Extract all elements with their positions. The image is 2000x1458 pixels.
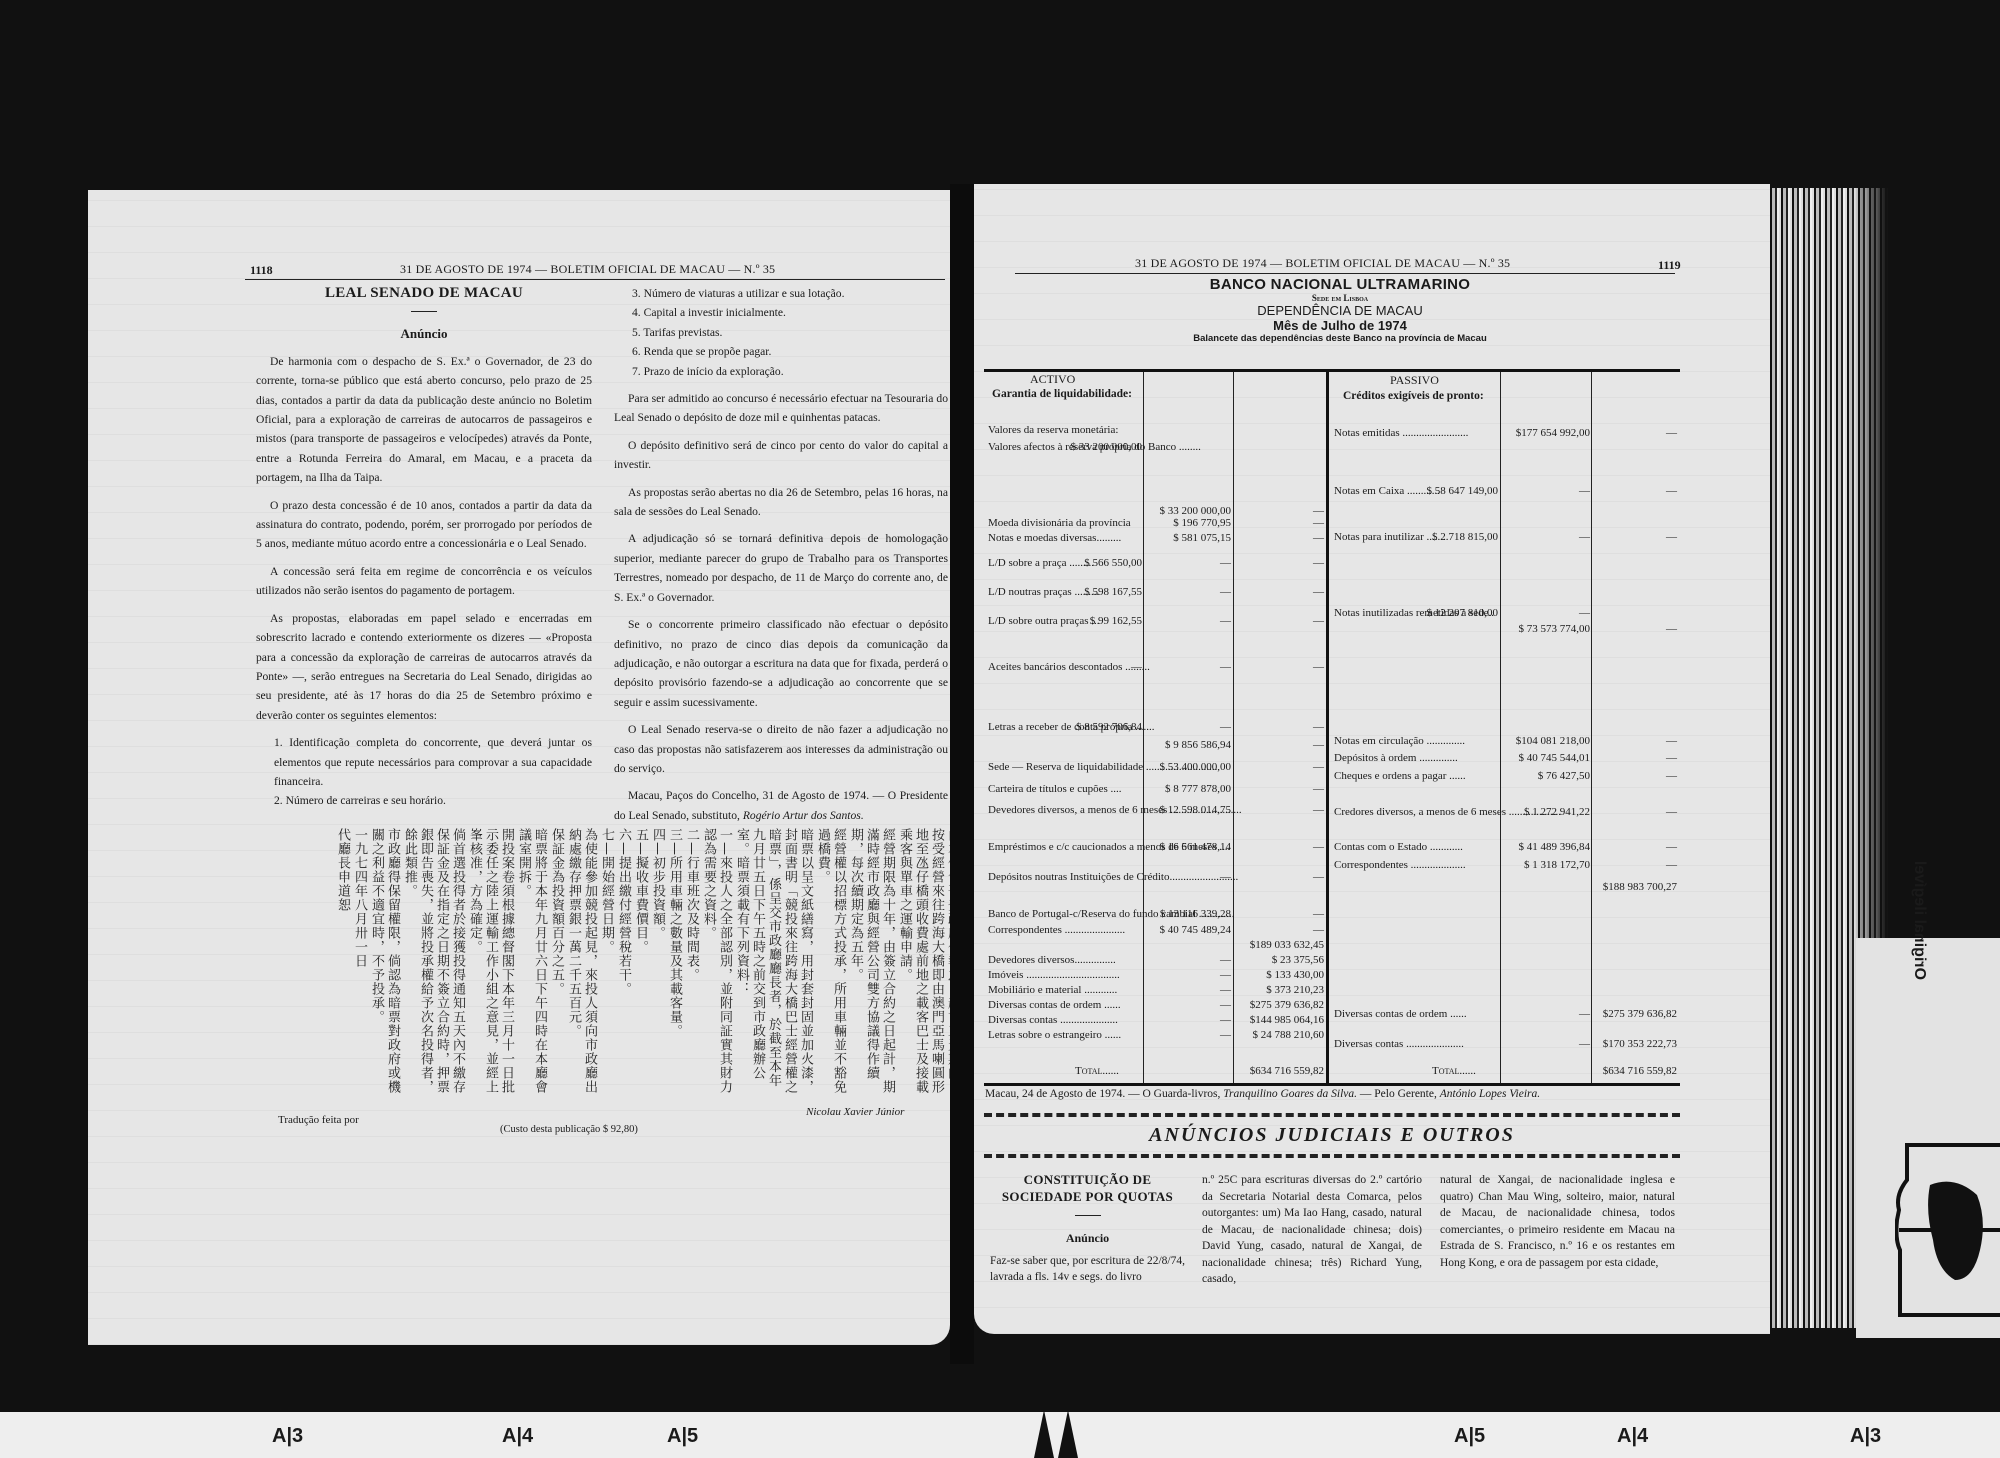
film-mark: A|3 (1850, 1425, 1881, 1448)
film-mark: A|4 (502, 1425, 533, 1448)
row-total: $ 373 210,23 (1236, 983, 1324, 997)
row-total: — (1236, 840, 1324, 854)
row-amount: — (1145, 983, 1231, 997)
row-label: Correspondentes ...................... (988, 923, 1125, 937)
row-subamount: $ 8 592 706,84 (1060, 720, 1142, 734)
paragraph: O Leal Senado reserva-se o direito de nã… (614, 720, 948, 778)
row-amount: — (1502, 606, 1590, 620)
row-amount: $104 081 218,00 (1502, 734, 1590, 748)
paragraph: O prazo desta concessão é de 10 anos, co… (256, 496, 592, 554)
row-amount: — (1145, 614, 1231, 628)
bank-seat: Sede em Lisboa (1000, 293, 1680, 303)
manager-name: António Lopes Vieira. (1440, 1088, 1540, 1100)
chinese-paragraph: 暗票將于本年九月廿六日下午四時在本廳會議室開拆。 (515, 828, 547, 1098)
row-total: — (1593, 858, 1677, 872)
row-amount: $ 1 318 172,70 (1502, 858, 1590, 872)
row-total: $ 23 375,56 (1236, 953, 1324, 967)
chinese-paragraph: 暗票以呈文紙繕寫，用封套封固並加火漆，封面書明「競投來往跨海大橋巴士經營權之暗票… (733, 828, 813, 1098)
chinese-paragraph: 一—來投人之全部認別，並附同証實其財力認為需要之資料。 (700, 828, 732, 1098)
title-rule (1075, 1215, 1101, 1216)
activo-group: Garantia de liquidabilidade: (992, 387, 1142, 401)
constituicao-column-2: n.º 25C para escrituras diversas do 2.º … (1202, 1172, 1422, 1288)
list-item: 2. Número de carreiras e seu horário. (274, 791, 592, 810)
constituicao-column-1: CONSTITUIÇÃO DE SOCIEDADE POR QUOTAS Anú… (990, 1172, 1185, 1286)
row-label: Contas com o Estado ............ (1334, 840, 1463, 854)
row-total: — (1593, 530, 1677, 544)
row-total: — (1236, 803, 1324, 817)
translator-name: Nicolau Xavier Júnior (806, 1106, 904, 1118)
signature-paragraph: Macau, Paços do Concelho, 31 de Agosto d… (614, 786, 948, 825)
row-label: Imóveis ................................… (988, 968, 1120, 982)
row-amount: — (1145, 968, 1231, 982)
film-mark: A|4 (1617, 1425, 1648, 1448)
row-amount: — (1145, 1013, 1231, 1027)
chinese-signature: 代廳長申道恕 (334, 828, 350, 1098)
paragraph: O depósito definitivo será de cinco por … (614, 436, 948, 475)
table-bottom-rule (984, 1083, 1680, 1086)
row-amount: $ 16 561 478,14 (1145, 840, 1231, 854)
row-label: Diversas contas ..................... (1334, 1037, 1464, 1051)
row-subamount: $ 58 647 149,00 (1400, 484, 1498, 498)
row-total: — (1593, 426, 1677, 440)
judicial-heading: ANÚNCIOS JUDICIAIS E OUTROS (984, 1124, 1680, 1147)
chinese-paragraph: 經營期限為十年，由簽立合約之日起計，期滿時經市政廳與經營公司雙方協議得作續期，每… (847, 828, 895, 1098)
row-label: Depósitos à ordem .............. (1334, 751, 1458, 765)
row-total: — (1593, 769, 1677, 783)
row-total: — (1236, 782, 1324, 796)
row-total: $144 985 064,16 (1236, 1013, 1324, 1027)
chinese-translation: 由本佈告刊登政府公報之日起廿五天期內，按受經營來往跨海大橋即由澳門亞馬喇圓形地至… (260, 828, 960, 1098)
publication-cost: (Custo desta publicação $ 92,80) (500, 1124, 638, 1135)
row-subamount: $ 2 718 815,00 (1400, 530, 1498, 544)
row-amount: $ 9 856 586,94 (1145, 738, 1231, 752)
signature-name: Rogério Artur dos Santos. (743, 809, 864, 822)
elements-list: 1. Identificação completa do concorrente… (256, 733, 592, 811)
activo-total: $634 716 559,82 (1236, 1064, 1324, 1078)
chinese-paragraph: 六—提出繳付經營稅若干。 (615, 828, 631, 1098)
row-total: $ 24 788 210,60 (1236, 1028, 1324, 1042)
row-label: Mobiliário e material ............ (988, 983, 1117, 997)
row-amount: — (1502, 530, 1590, 544)
row-amount: — (1145, 953, 1231, 967)
activo-passivo-divider (1326, 372, 1329, 1083)
row-total: — (1236, 614, 1324, 628)
row-label: Devedores diversos............... (988, 953, 1116, 967)
row-label: Diversas contas ..................... (988, 1013, 1118, 1027)
row-amount: $ 1 272 941,22 (1502, 805, 1590, 819)
row-subamount: $ 566 550,00 (1060, 556, 1142, 570)
row-total: — (1593, 751, 1677, 765)
row-total: — (1593, 484, 1677, 498)
row-label: Moeda divisionária da província (988, 516, 1131, 530)
row-amount: $177 654 992,00 (1502, 426, 1590, 440)
column-divider (1233, 372, 1234, 1083)
elements-list-continued: 3. Número de viaturas a utilizar e sua l… (614, 284, 948, 381)
row-total: $275 379 636,82 (1236, 998, 1324, 1012)
paragraph: As propostas serão abertas no dia 26 de … (614, 483, 948, 522)
row-amount: $ 73 573 774,00 (1502, 622, 1590, 636)
row-total: $170 353 222,73 (1593, 1037, 1677, 1051)
row-amount: — (1145, 556, 1231, 570)
row-total: $275 379 636,82 (1593, 1007, 1677, 1021)
row-total: — (1593, 622, 1677, 636)
constituicao-text: Faz-se saber que, por escritura de 22/8/… (990, 1253, 1185, 1286)
passivo-group: Créditos exigíveis de pronto: (1343, 389, 1493, 403)
row-label: Cheques e ordens a pagar ...... (1334, 769, 1466, 783)
film-notch (1034, 1410, 1054, 1458)
passivo-header: PASSIVO (1390, 373, 1439, 387)
row-label: Notas em circulação .............. (1334, 734, 1465, 748)
film-mark: A|5 (1454, 1425, 1485, 1448)
paragraph: As propostas, elaboradas em papel selado… (256, 609, 592, 725)
list-item: 1. Identificação completa do concorrente… (274, 733, 592, 791)
row-total: $189 033 632,45 (1236, 938, 1324, 952)
announcement-subtitle: Anúncio (256, 324, 592, 343)
left-column-2: 3. Número de viaturas a utilizar e sua l… (614, 284, 948, 833)
chinese-paragraph: 經營權以招標方式投承，所用車輛並不豁免過橋費。 (814, 828, 846, 1098)
table-top-rule (984, 369, 1680, 372)
row-total: — (1236, 516, 1324, 530)
row-label: Notas emitidas ........................ (1334, 426, 1468, 440)
section-title: LEAL SENADO DE MACAU (256, 284, 592, 303)
row-label: Letras sobre o estrangeiro ...... (988, 1028, 1121, 1042)
activo-total-label: Total...... (1075, 1064, 1119, 1078)
row-total: $188 983 700,27 (1593, 880, 1677, 894)
row-subamount: $ 12 207 810,00 (1400, 606, 1498, 620)
row-amount: — (1145, 1028, 1231, 1042)
bank-name: BANCO NACIONAL ULTRAMARINO (1000, 276, 1680, 293)
chinese-paragraph: 市政廳得保留權限，倘認為暗票對政府或機關之利益不適宜時，不予投承。 (368, 828, 400, 1098)
column-divider (1591, 372, 1592, 1083)
row-subamount: $ 33 200 000,00 (1060, 440, 1142, 454)
row-total: — (1236, 870, 1324, 884)
activo-header: ACTIVO (1030, 372, 1075, 386)
film-notch (1058, 1410, 1078, 1458)
title-rule (411, 311, 437, 312)
row-amount: $ 8 777 878,00 (1145, 782, 1231, 796)
row-total: — (1593, 734, 1677, 748)
header-rule (1015, 273, 1675, 274)
row-total: — (1236, 720, 1324, 734)
row-amount: — (1145, 660, 1231, 674)
row-label: Diversas contas de ordem ...... (1334, 1007, 1467, 1021)
row-subamount: $ 99 162,55 (1060, 614, 1142, 628)
row-amount: — (1502, 1037, 1590, 1051)
report-month: Mês de Julho de 1974 (1000, 318, 1680, 333)
row-label: Carteira de títulos e cupões .... (988, 782, 1122, 796)
chinese-paragraph: 五—擬收車費價目。 (632, 828, 648, 1098)
row-amount: $ 13 116 339,28 (1145, 907, 1231, 921)
passivo-total-label: Total...... (1432, 1064, 1476, 1078)
paragraph: A concessão será feita em regime de conc… (256, 562, 592, 601)
chinese-date: 一九七四年八月卅一日 (351, 828, 367, 1098)
row-subamount: $ 598 167,55 (1060, 585, 1142, 599)
row-subamount: — (1060, 660, 1142, 674)
chinese-paragraph: 七—開始經營日期。 (598, 828, 614, 1098)
row-amount: — (1145, 998, 1231, 1012)
row-total: — (1236, 585, 1324, 599)
illegible-original-stamp: Original ilegível (1910, 861, 1928, 980)
row-total: — (1236, 907, 1324, 921)
row-amount: — (1502, 484, 1590, 498)
row-label: Correspondentes .................... (1334, 858, 1466, 872)
book-gutter (950, 184, 974, 1364)
bookkeeper-name: Tranquilino Goares da Silva. (1223, 1088, 1357, 1100)
list-item: 5. Tarifas previstas. (632, 323, 948, 342)
row-label: Diversas contas de ordem ...... (988, 998, 1121, 1012)
film-mark: A|3 (272, 1425, 303, 1448)
row-amount: $ 40 745 489,24 (1145, 923, 1231, 937)
row-label: Valores da reserva monetária: (988, 423, 1118, 437)
constituicao-subtitle: Anúncio (990, 1230, 1185, 1247)
list-item: 3. Número de viaturas a utilizar e sua l… (632, 284, 948, 303)
paragraph: Para ser admitido ao concurso é necessár… (614, 389, 948, 428)
film-mark: A|5 (667, 1425, 698, 1448)
paragraph: De harmonia com o despacho de S. Ex.ª o … (256, 352, 592, 488)
row-amount: — (1502, 1007, 1590, 1021)
row-amount: $ 196 770,95 (1145, 516, 1231, 530)
row-amount: $ 41 489 396,84 (1502, 840, 1590, 854)
row-total: — (1236, 556, 1324, 570)
report-description: Balancete das dependências deste Banco n… (1000, 333, 1680, 344)
page-damage-icon (1895, 1140, 2000, 1320)
list-item: 7. Prazo de início da exploração. (632, 362, 948, 381)
paragraph: A adjudicação só se tornará definitiva d… (614, 529, 948, 607)
chinese-paragraph: 保証金為投資額百分之五。 (548, 828, 564, 1098)
row-amount: — (1145, 720, 1231, 734)
paragraph: Se o concorrente primeiro classificado n… (614, 615, 948, 712)
passivo-total: $634 716 559,82 (1593, 1064, 1677, 1078)
row-amount: $ 76 427,50 (1502, 769, 1590, 783)
left-column-1: LEAL SENADO DE MACAU Anúncio De harmonia… (256, 284, 592, 811)
row-total: — (1236, 531, 1324, 545)
dashed-rule-bottom (984, 1154, 1680, 1158)
row-amount: $ 12 598 014,75 (1145, 803, 1231, 817)
constituicao-title: CONSTITUIÇÃO DE SOCIEDADE POR QUOTAS (990, 1172, 1185, 1205)
left-page-number: 1118 (250, 263, 273, 278)
row-amount: — (1145, 585, 1231, 599)
row-amount: $ 40 745 544,01 (1502, 751, 1590, 765)
right-page-number: 1119 (1658, 258, 1681, 273)
row-total: — (1593, 805, 1677, 819)
bank-heading: BANCO NACIONAL ULTRAMARINO Sede em Lisbo… (1000, 276, 1680, 344)
chinese-paragraph: 為使能參加競投起見，來投人須向市政廳出納處繳存押票銀一萬二千五百元。 (565, 828, 597, 1098)
row-amount: $ 581 075,15 (1145, 531, 1231, 545)
signature-middle: — Pelo Gerente, (1360, 1088, 1437, 1100)
row-total: — (1236, 760, 1324, 774)
row-total: $ 133 430,00 (1236, 968, 1324, 982)
dashed-rule-top (984, 1113, 1680, 1117)
row-total: — (1236, 660, 1324, 674)
bank-signature: Macau, 24 de Agosto de 1974. — O Guarda-… (985, 1088, 1540, 1100)
bank-branch: DEPENDÊNCIA DE MACAU (1000, 303, 1680, 318)
chinese-paragraph: 三—所用車輛之數量及其載客量。 (666, 828, 682, 1098)
column-divider (1500, 372, 1501, 1083)
chinese-paragraph: 倘首選投得者於接獲投得通知五天內不繳存保証金及在指定之日期不簽立合約時，押票銀即… (401, 828, 465, 1098)
row-total: — (1593, 840, 1677, 854)
row-label: Notas e moedas diversas......... (988, 531, 1121, 545)
right-running-header: 31 DE AGOSTO DE 1974 — BOLETIM OFICIAL D… (1135, 256, 1510, 271)
constituicao-column-3: natural de Xangai, de nacionalidade ingl… (1440, 1172, 1675, 1271)
left-running-header: 31 DE AGOSTO DE 1974 — BOLETIM OFICIAL D… (400, 262, 775, 277)
chinese-paragraph: 二—行車班次及時間表。 (683, 828, 699, 1098)
list-item: 6. Renda que se propõe pagar. (632, 342, 948, 361)
translation-label: Tradução feita por (278, 1114, 359, 1126)
row-total: — (1236, 923, 1324, 937)
row-total: — (1236, 738, 1324, 752)
row-amount: $ 53 400 000,00 (1145, 760, 1231, 774)
signature-prefix: Macau, 24 de Agosto de 1974. — O Guarda-… (985, 1088, 1220, 1100)
list-item: 4. Capital a investir inicialmente. (632, 303, 948, 322)
row-amount: — (1145, 870, 1231, 884)
chinese-paragraph: 開投案卷須根據總督閣下本年三月十一日批示委任之陸上運輸工作小組之意見，並經上峯核… (466, 828, 514, 1098)
header-rule (245, 279, 945, 280)
chinese-paragraph: 四—初步投資額。 (649, 828, 665, 1098)
